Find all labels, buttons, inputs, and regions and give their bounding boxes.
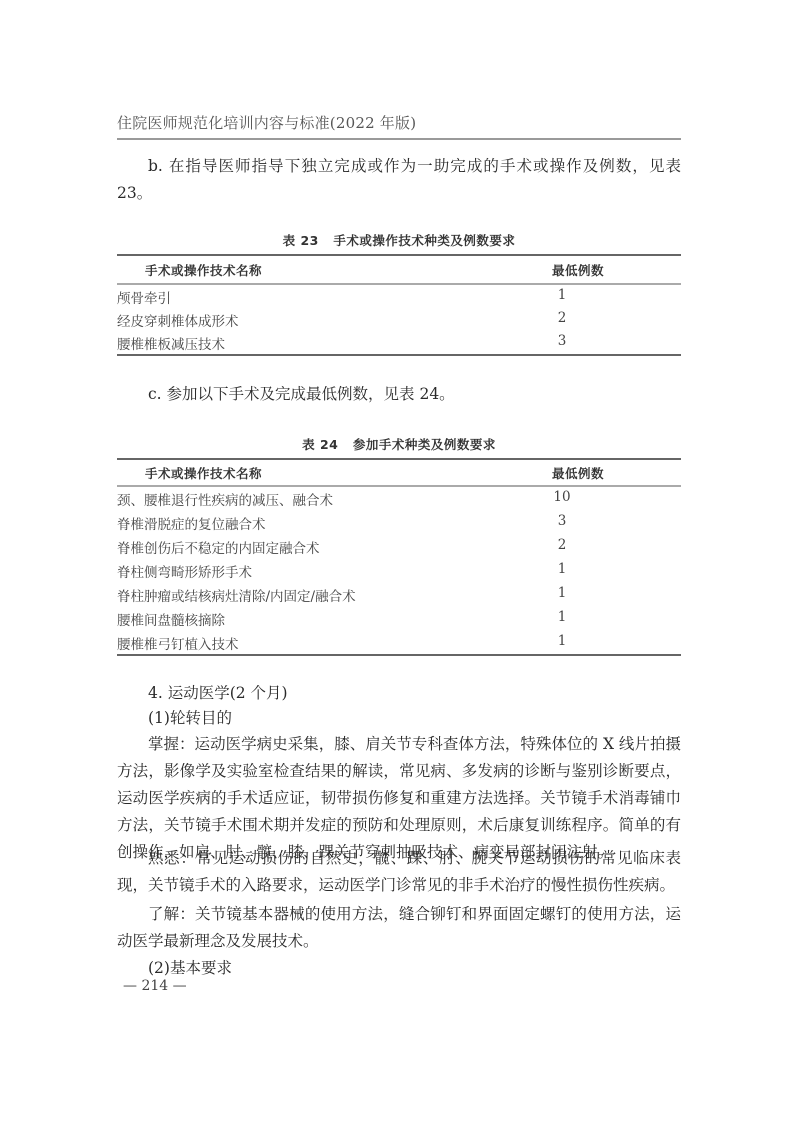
procedure-name: 腰椎椎板减压技术 [117,333,225,353]
table-top-rule [117,254,681,256]
table-bottom-rule [117,354,681,356]
minimum-count: 1 [537,609,587,625]
table-row: 经皮穿刺椎体成形术 2 [117,310,681,333]
table-row: 颈、腰椎退行性疾病的减压、融合术 10 [117,489,681,512]
page-number: — 214 — [123,978,187,994]
minimum-count: 1 [537,287,587,303]
paragraph-intro-c: c. 参加以下手术及完成最低例数，见表 24。 [117,381,681,408]
table-row: 脊椎滑脱症的复位融合术 3 [117,513,681,536]
minimum-count: 1 [537,585,587,601]
minimum-count: 1 [537,561,587,577]
table-header-count: 最低例数 [552,261,604,279]
procedure-name: 经皮穿刺椎体成形术 [117,310,239,330]
table-header-name: 手术或操作技术名称 [145,261,262,279]
table-row: 腰椎椎弓钉植入技术 1 [117,633,681,656]
minimum-count: 3 [537,513,587,529]
procedure-name: 颈、腰椎退行性疾病的减压、融合术 [117,489,333,509]
procedure-name: 颅骨牵引 [117,287,171,307]
minimum-count: 2 [537,310,587,326]
paragraph-intro-b: b. 在指导医师指导下独立完成或作为一助完成的手术或操作及例数，见表 23。 [117,153,681,207]
minimum-count: 1 [537,633,587,649]
procedure-name: 腰椎间盘髓核摘除 [117,609,225,629]
table-top-rule [117,458,681,460]
table-row: 脊柱侧弯畸形矫形手术 1 [117,561,681,584]
procedure-name: 腰椎椎弓钉植入技术 [117,633,239,653]
running-head: 住院医师规范化培训内容与标准(2022 年版) [117,112,681,133]
paragraph-familiar: 熟悉：常见运动损伤的自然史，髋、踝、肘、腕关节运动损伤的常见临床表现，关节镜手术… [117,845,681,899]
procedure-name: 脊椎滑脱症的复位融合术 [117,513,266,533]
table-row: 腰椎间盘髓核摘除 1 [117,609,681,632]
minimum-count: 10 [537,489,587,505]
table-23-caption: 表 23 手术或操作技术种类及例数要求 [117,231,681,249]
paragraph-understand: 了解：关节镜基本器械的使用方法，缝合铆钉和界面固定螺钉的使用方法，运动医学最新理… [117,901,681,955]
procedure-name: 脊柱侧弯畸形矫形手术 [117,561,252,581]
table-header-count: 最低例数 [552,464,604,482]
minimum-count: 3 [537,333,587,349]
table-bottom-rule [117,654,681,656]
table-header-rule [117,485,681,487]
table-row: 腰椎椎板减压技术 3 [117,333,681,356]
table-24-caption: 表 24 参加手术种类及例数要求 [117,435,681,453]
table-row: 脊柱肿瘤或结核病灶清除/内固定/融合术 1 [117,585,681,608]
table-header-name: 手术或操作技术名称 [145,464,262,482]
table-row: 脊椎创伤后不稳定的内固定融合术 2 [117,537,681,560]
table-row: 颅骨牵引 1 [117,287,681,310]
subsection-heading-basic-requirements: (2)基本要求 [117,955,681,982]
procedure-name: 脊椎创伤后不稳定的内固定融合术 [117,537,320,557]
procedure-name: 脊柱肿瘤或结核病灶清除/内固定/融合术 [117,585,356,605]
running-head-rule [117,138,681,140]
minimum-count: 2 [537,537,587,553]
subsection-heading-rotation-goals: (1)轮转目的 [117,705,681,732]
table-header-rule [117,283,681,285]
section-heading: 4. 运动医学(2 个月) [117,680,681,707]
